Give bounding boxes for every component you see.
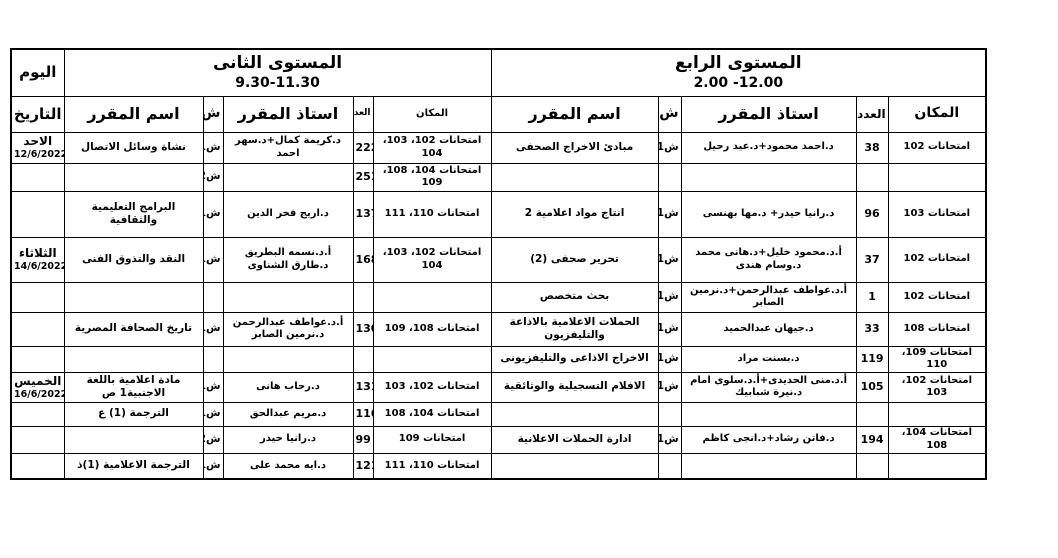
- level4-section-cell-text: ش1: [661, 253, 679, 266]
- column-header-row: التاريخ اسم المقرر ش استاذ المقرر العدد …: [11, 96, 986, 132]
- level2-professor-cell: [223, 346, 353, 372]
- l4-place-header: المكان: [888, 96, 986, 132]
- level4-course-cell-text: الافلام التسجيلية والوثائقية: [494, 380, 656, 393]
- level4-count-cell-text: 38: [859, 141, 886, 155]
- level4-place-cell: امتحانات 102، 103: [888, 372, 986, 402]
- level4-count-cell-text: 37: [859, 253, 886, 267]
- level4-section-cell: ش1: [658, 132, 681, 163]
- level2-section-cell-text: ش1: [206, 407, 221, 420]
- level4-place-cell-text: امتحانات 102: [891, 291, 984, 304]
- day-cell: الخميس16/6/2022: [11, 372, 64, 402]
- level4-count-cell: 119: [856, 346, 888, 372]
- l2-course-header: اسم المقرر: [64, 96, 203, 132]
- level2-course-cell: [64, 426, 203, 453]
- level2-section-cell-text: ش2: [206, 433, 221, 446]
- level4-place-cell: [888, 163, 986, 191]
- l4-professor-header: استاذ المقرر: [681, 96, 856, 132]
- level2-course-cell: [64, 163, 203, 191]
- level2-professor-cell: د.مريم عبدالحق: [223, 402, 353, 426]
- level2-count-cell-text: 99: [356, 433, 371, 447]
- level2-course-cell: البرامج التعليمية والثقافية: [64, 191, 203, 237]
- l2-section-header: ش: [203, 96, 223, 132]
- level4-section-cell-text: ش1: [661, 380, 679, 393]
- level4-professor-cell: [681, 402, 856, 426]
- level4-course-cell-text: الحملات الاعلامية بالاذاعة والتليفزيون: [494, 316, 656, 342]
- level4-professor-cell-text: د.رانيا حيدر+ د.مها بهنسى: [684, 208, 854, 221]
- level2-course-cell-text: مادة اعلامية باللغة الاجنبية1 ص: [67, 374, 201, 400]
- level2-section-cell-text: ش1: [206, 459, 221, 472]
- level4-count-cell: 194: [856, 426, 888, 453]
- level2-place-cell-text: امتحانات 110، 111: [376, 208, 489, 221]
- level4-section-cell: [658, 163, 681, 191]
- level2-professor-cell: [223, 282, 353, 312]
- level2-professor-cell: د.اريج فخر الدين: [223, 191, 353, 237]
- level4-time: 2.00 -12.00: [494, 75, 984, 93]
- level2-place-cell-text: امتحانات 104، 108: [376, 408, 489, 421]
- level4-section-cell: [658, 453, 681, 479]
- table-row: الثلاثاء14/6/2022النقد والتذوق الفنىش1أ.…: [11, 237, 986, 282]
- level2-count-cell-text: 130: [356, 322, 371, 336]
- level4-count-cell-text: 105: [859, 380, 886, 394]
- level4-count-cell-text: 194: [859, 433, 886, 447]
- l2-count-header: العدد: [353, 96, 373, 132]
- level2-count-cell: 137: [353, 191, 373, 237]
- level4-section-cell: ش1: [658, 312, 681, 346]
- table-row: بحث متخصصش1أ.د.عواطف عبدالرحمن+د.نرمين ا…: [11, 282, 986, 312]
- level2-course-cell-text: الترجمة الاعلامية (1)ذ: [67, 459, 201, 472]
- level4-place-cell: امتحانات 102: [888, 237, 986, 282]
- level2-count-cell: 130: [353, 312, 373, 346]
- level2-section-cell-text: ش2: [206, 170, 221, 183]
- level4-count-cell: [856, 402, 888, 426]
- level4-count-cell: 37: [856, 237, 888, 282]
- level2-section-cell: [203, 282, 223, 312]
- level4-place-cell: [888, 402, 986, 426]
- level2-section-cell-text: ش1: [206, 207, 221, 220]
- day-cell: [11, 453, 64, 479]
- table-row: ش2251امتحانات 104، 108، 109: [11, 163, 986, 191]
- level4-place-cell-text: امتحانات 102: [891, 141, 984, 154]
- table-row: الخميس16/6/2022مادة اعلامية باللغة الاجن…: [11, 372, 986, 402]
- exam-schedule-table: اليوم المستوى الثانى 9.30-11.30 المستوى …: [10, 48, 987, 480]
- level2-professor-cell: د.ايه محمد على: [223, 453, 353, 479]
- level2-professor-cell: د.كريمة كمال+د.سهر احمد: [223, 132, 353, 163]
- level4-course-cell: تحرير صحفى (2): [491, 237, 658, 282]
- level4-course-cell-text: انتاج مواد اعلامية 2: [494, 207, 656, 220]
- level4-course-cell: الاخراج الاذاعى والتليفزيونى: [491, 346, 658, 372]
- level2-count-cell: 99: [353, 426, 373, 453]
- level4-section-cell: ش1: [658, 426, 681, 453]
- level2-count-cell-text: 137: [356, 207, 371, 221]
- level2-count-cell-text: 222: [356, 141, 371, 155]
- day-cell-text: 14/6/2022: [14, 261, 62, 273]
- level4-count-cell: 96: [856, 191, 888, 237]
- level4-place-cell-text: امتحانات 102، 103: [891, 375, 984, 400]
- table-row: البرامج التعليمية والثقافيةش1د.اريج فخر …: [11, 191, 986, 237]
- level2-professor-cell-text: د.رانيا حيدر: [226, 433, 351, 446]
- level2-course-cell: النقد والتذوق الفنى: [64, 237, 203, 282]
- level4-count-cell: [856, 163, 888, 191]
- level4-count-cell: [856, 453, 888, 479]
- level2-place-cell: امتحانات 108، 109: [373, 312, 491, 346]
- level-header-row: اليوم المستوى الثانى 9.30-11.30 المستوى …: [11, 49, 986, 96]
- day-column-header: اليوم: [11, 49, 64, 96]
- day-cell: [11, 346, 64, 372]
- level4-count-cell-text: 33: [859, 322, 886, 336]
- level4-section-cell: ش1: [658, 282, 681, 312]
- level2-course-cell-text: الترجمة (1) ع: [67, 407, 201, 420]
- l2-place-header: المكان: [373, 96, 491, 132]
- level2-professor-cell-text: د.مريم عبدالحق: [226, 408, 351, 421]
- level2-course-cell: نشاة وسائل الاتصال: [64, 132, 203, 163]
- level2-place-cell-text: امتحانات 110، 111: [376, 460, 489, 473]
- level2-course-cell: [64, 282, 203, 312]
- level2-professor-cell-text: أ.د.عواطف عبدالرحمن د.نرمين الصابر: [226, 317, 351, 342]
- level4-section-cell-text: ش1: [661, 322, 679, 335]
- level2-section-cell-text: ش1: [206, 380, 221, 393]
- day-cell-text: الاحد: [14, 134, 62, 149]
- level2-count-cell-text: 131: [356, 380, 371, 394]
- level2-section-cell: ش1: [203, 312, 223, 346]
- level2-place-cell-text: امتحانات 102، 103، 104: [376, 247, 489, 272]
- level2-course-cell: [64, 346, 203, 372]
- level2-section-cell: ش1: [203, 372, 223, 402]
- level2-title: المستوى الثانى: [67, 53, 489, 74]
- level2-count-cell-text: 116: [356, 407, 371, 421]
- level2-section-cell: [203, 346, 223, 372]
- level4-course-cell-text: تحرير صحفى (2): [494, 253, 656, 266]
- l4-count-header: العدد: [856, 96, 888, 132]
- level4-course-cell-text: مبادئ الاخراج الصحفى: [494, 141, 656, 154]
- level2-course-cell-text: النقد والتذوق الفنى: [67, 253, 201, 266]
- level4-place-cell: امتحانات 102: [888, 282, 986, 312]
- level4-section-cell-text: ش1: [661, 207, 679, 220]
- level2-place-cell: امتحانات 104، 108، 109: [373, 163, 491, 191]
- level4-professor-cell-text: أ.د.عواطف عبدالرحمن+د.نرمين الصابر: [684, 285, 854, 310]
- day-cell: [11, 163, 64, 191]
- level2-professor-cell-text: أ.د.نسمه البطريق د.طارق الشناوى: [226, 247, 351, 272]
- level4-course-cell: بحث متخصص: [491, 282, 658, 312]
- level2-professor-cell: أ.د.نسمه البطريق د.طارق الشناوى: [223, 237, 353, 282]
- level4-section-cell: ش1: [658, 372, 681, 402]
- level4-section-cell: ش1: [658, 191, 681, 237]
- table-row: الاخراج الاذاعى والتليفزيونىش1د.بسنت مرا…: [11, 346, 986, 372]
- level4-professor-cell: د.بسنت مراد: [681, 346, 856, 372]
- level4-place-cell: امتحانات 109، 110: [888, 346, 986, 372]
- level4-course-cell: الافلام التسجيلية والوثائقية: [491, 372, 658, 402]
- level2-section-cell: ش1: [203, 453, 223, 479]
- level4-professor-cell: [681, 163, 856, 191]
- level4-professor-cell-text: د.بسنت مراد: [684, 353, 854, 366]
- level2-section-cell: ش2: [203, 426, 223, 453]
- level2-place-cell: امتحانات 110، 111: [373, 453, 491, 479]
- level4-course-cell-text: الاخراج الاذاعى والتليفزيونى: [494, 352, 656, 365]
- level2-count-cell: 131: [353, 372, 373, 402]
- day-cell: [11, 282, 64, 312]
- level4-professor-cell: د.جيهان عبدالحميد: [681, 312, 856, 346]
- level4-course-cell: الحملات الاعلامية بالاذاعة والتليفزيون: [491, 312, 658, 346]
- level4-professor-cell-text: أ.د.محمود خليل+د.هانى محمد د.وسام هندى: [684, 247, 854, 272]
- level2-professor-cell-text: د.كريمة كمال+د.سهر احمد: [226, 135, 351, 160]
- level2-count-cell: 222: [353, 132, 373, 163]
- day-cell-text: 16/6/2022: [14, 389, 62, 401]
- l4-course-header: اسم المقرر: [491, 96, 658, 132]
- level2-course-cell: الترجمة الاعلامية (1)ذ: [64, 453, 203, 479]
- level4-count-cell: 33: [856, 312, 888, 346]
- day-cell: الاحد12/6/2022: [11, 132, 64, 163]
- level4-place-cell-text: امتحانات 108: [891, 323, 984, 336]
- level4-course-cell: [491, 163, 658, 191]
- level2-header-cell: المستوى الثانى 9.30-11.30: [64, 49, 491, 96]
- level4-section-cell: ش1: [658, 346, 681, 372]
- level2-course-cell-text: نشاة وسائل الاتصال: [67, 141, 201, 154]
- level2-professor-cell: د.رانيا حيدر: [223, 426, 353, 453]
- level2-time: 9.30-11.30: [67, 75, 489, 93]
- day-cell: الثلاثاء14/6/2022: [11, 237, 64, 282]
- level2-professor-cell-text: د.اريج فخر الدين: [226, 208, 351, 221]
- date-column-header: التاريخ: [11, 96, 64, 132]
- level2-place-cell-text: امتحانات 102، 103: [376, 381, 489, 394]
- level2-section-cell: ش1: [203, 132, 223, 163]
- level2-professor-cell: [223, 163, 353, 191]
- day-cell-text: 12/6/2022: [14, 149, 62, 161]
- l4-section-header: ش: [658, 96, 681, 132]
- level2-place-cell: [373, 346, 491, 372]
- level2-section-cell: ش1: [203, 402, 223, 426]
- level2-course-cell: الترجمة (1) ع: [64, 402, 203, 426]
- level2-count-cell: 251: [353, 163, 373, 191]
- level4-section-cell-text: ش1: [661, 352, 679, 365]
- level2-count-cell: [353, 346, 373, 372]
- level4-count-cell: 105: [856, 372, 888, 402]
- level4-professor-cell-text: د.جيهان عبدالحميد: [684, 323, 854, 336]
- table-row: الترجمة (1) عش1د.مريم عبدالحق116امتحانات…: [11, 402, 986, 426]
- level2-professor-cell-text: د.ايه محمد على: [226, 460, 351, 473]
- level4-professor-cell: د.فاتن رشاد+د.انجى كاظم: [681, 426, 856, 453]
- level2-place-cell: [373, 282, 491, 312]
- level2-place-cell-text: امتحانات 109: [376, 433, 489, 446]
- level2-place-cell: امتحانات 109: [373, 426, 491, 453]
- level2-place-cell: امتحانات 104، 108: [373, 402, 491, 426]
- level2-place-cell-text: امتحانات 104، 108، 109: [376, 165, 489, 190]
- level2-count-cell-text: 168: [356, 253, 371, 267]
- level4-place-cell: [888, 453, 986, 479]
- level2-course-cell: تاريخ الصحافة المصرية: [64, 312, 203, 346]
- level2-count-cell-text: 121: [356, 459, 371, 473]
- level4-place-cell-text: امتحانات 103: [891, 208, 984, 221]
- level2-section-cell: ش1: [203, 191, 223, 237]
- level4-professor-cell-text: أ.د.منى الحديدى+أ.د.سلوى امام د.نيرة شبا…: [684, 375, 854, 400]
- level4-professor-cell: [681, 453, 856, 479]
- table-row: تاريخ الصحافة المصريةش1أ.د.عواطف عبدالرح…: [11, 312, 986, 346]
- level4-place-cell-text: امتحانات 109، 110: [891, 347, 984, 372]
- level4-professor-cell-text: د.احمد محمود+د.عيد رحيل: [684, 141, 854, 154]
- level2-professor-cell-text: د.رحاب هانى: [226, 381, 351, 394]
- level2-professor-cell: د.رحاب هانى: [223, 372, 353, 402]
- level4-place-cell-text: امتحانات 104، 108: [891, 427, 984, 452]
- level2-count-cell: 168: [353, 237, 373, 282]
- level2-place-cell-text: امتحانات 108، 109: [376, 323, 489, 336]
- level2-count-cell-text: 251: [356, 170, 371, 184]
- level2-place-cell: امتحانات 102، 103، 104: [373, 132, 491, 163]
- level2-count-cell: [353, 282, 373, 312]
- level2-course-cell: مادة اعلامية باللغة الاجنبية1 ص: [64, 372, 203, 402]
- day-cell-text: الثلاثاء: [14, 246, 62, 261]
- level4-header-cell: المستوى الرابع 2.00 -12.00: [491, 49, 986, 96]
- level2-count-cell: 121: [353, 453, 373, 479]
- level2-place-cell: امتحانات 110، 111: [373, 191, 491, 237]
- level4-course-cell: ادارة الحملات الاعلانية: [491, 426, 658, 453]
- level4-professor-cell: د.رانيا حيدر+ د.مها بهنسى: [681, 191, 856, 237]
- level2-section-cell: ش1: [203, 237, 223, 282]
- level4-professor-cell: أ.د.عواطف عبدالرحمن+د.نرمين الصابر: [681, 282, 856, 312]
- schedule-body: الاحد12/6/2022نشاة وسائل الاتصالش1د.كريم…: [11, 132, 986, 479]
- level4-course-cell: مبادئ الاخراج الصحفى: [491, 132, 658, 163]
- level4-professor-cell: أ.د.منى الحديدى+أ.د.سلوى امام د.نيرة شبا…: [681, 372, 856, 402]
- table-row: ش2د.رانيا حيدر99امتحانات 109ادارة الحملا…: [11, 426, 986, 453]
- level4-count-cell-text: 1: [859, 290, 886, 304]
- level4-section-cell: ش1: [658, 237, 681, 282]
- level4-place-cell: امتحانات 108: [888, 312, 986, 346]
- level2-section-cell-text: ش1: [206, 322, 221, 335]
- level4-course-cell: [491, 402, 658, 426]
- level4-count-cell: 38: [856, 132, 888, 163]
- level4-professor-cell: أ.د.محمود خليل+د.هانى محمد د.وسام هندى: [681, 237, 856, 282]
- level4-course-cell: انتاج مواد اعلامية 2: [491, 191, 658, 237]
- table-row: الاحد12/6/2022نشاة وسائل الاتصالش1د.كريم…: [11, 132, 986, 163]
- level4-count-cell: 1: [856, 282, 888, 312]
- level4-count-cell-text: 96: [859, 207, 886, 221]
- level4-place-cell: امتحانات 103: [888, 191, 986, 237]
- level2-professor-cell: أ.د.عواطف عبدالرحمن د.نرمين الصابر: [223, 312, 353, 346]
- level2-count-cell: 116: [353, 402, 373, 426]
- level2-section-cell: ش2: [203, 163, 223, 191]
- table-row: الترجمة الاعلامية (1)ذش1د.ايه محمد على12…: [11, 453, 986, 479]
- level4-count-cell-text: 119: [859, 352, 886, 366]
- day-cell: [11, 312, 64, 346]
- l2-professor-header: استاذ المقرر: [223, 96, 353, 132]
- level4-place-cell: امتحانات 102: [888, 132, 986, 163]
- level4-section-cell-text: ش1: [661, 290, 679, 303]
- day-cell: [11, 426, 64, 453]
- level4-course-cell-text: ادارة الحملات الاعلانية: [494, 433, 656, 446]
- level2-course-cell-text: البرامج التعليمية والثقافية: [67, 201, 201, 227]
- level4-place-cell-text: امتحانات 102: [891, 253, 984, 266]
- level4-title: المستوى الرابع: [494, 53, 984, 74]
- day-cell: [11, 191, 64, 237]
- day-cell-text: الخميس: [14, 374, 62, 389]
- level4-place-cell: امتحانات 104، 108: [888, 426, 986, 453]
- level2-section-cell-text: ش1: [206, 141, 221, 154]
- level4-section-cell: [658, 402, 681, 426]
- level4-professor-cell-text: د.فاتن رشاد+د.انجى كاظم: [684, 433, 854, 446]
- level2-place-cell: امتحانات 102، 103: [373, 372, 491, 402]
- level4-section-cell-text: ش1: [661, 433, 679, 446]
- level4-professor-cell: د.احمد محمود+د.عيد رحيل: [681, 132, 856, 163]
- level2-place-cell-text: امتحانات 102، 103، 104: [376, 135, 489, 160]
- level4-course-cell: [491, 453, 658, 479]
- scanned-schedule-page: اليوم المستوى الثانى 9.30-11.30 المستوى …: [0, 0, 1058, 558]
- level2-course-cell-text: تاريخ الصحافة المصرية: [67, 322, 201, 335]
- level4-section-cell-text: ش1: [661, 141, 679, 154]
- day-cell: [11, 402, 64, 426]
- level4-course-cell-text: بحث متخصص: [494, 290, 656, 303]
- level2-section-cell-text: ش1: [206, 253, 221, 266]
- level2-place-cell: امتحانات 102، 103، 104: [373, 237, 491, 282]
